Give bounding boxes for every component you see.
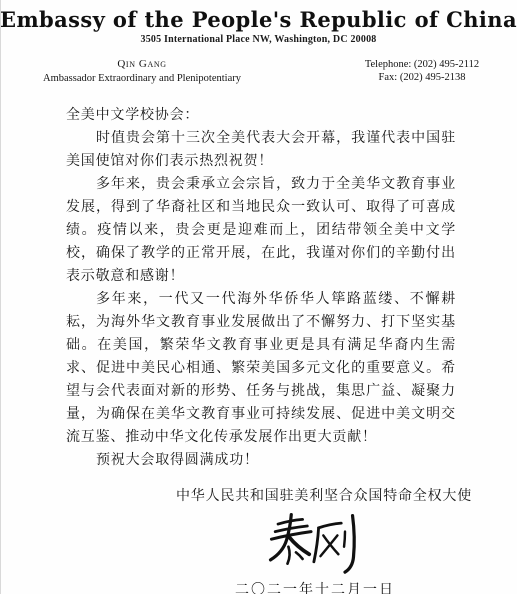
letter-page: Embassy of the People's Republic of Chin… <box>0 0 517 594</box>
signature-image <box>262 509 362 575</box>
paragraph: 多年来，贵会秉承立会宗旨，致力于全美华文教育事业发展，得到了华裔社区和当地民众一… <box>66 173 456 288</box>
letter-body: 全美中文学校协会： 时值贵会第十三次全美代表大会开幕，我谨代表中国驻美国使馆对你… <box>66 104 456 594</box>
telephone-line: Telephone: (202) 495-2112 <box>337 58 507 71</box>
letterhead-info-row: Qin Gang Ambassador Extraordinary and Pl… <box>0 58 517 85</box>
paragraph: 时值贵会第十三次全美代表大会开幕，我谨代表中国驻美国使馆对你们表示热烈祝贺！ <box>66 127 456 173</box>
paragraph: 多年来，一代又一代海外华侨华人筚路蓝缕、不懈耕耘，为海外华文教育事业发展做出了不… <box>66 288 456 449</box>
letter-date: 二〇二一年十二月一日 <box>120 579 510 594</box>
officer-name: Qin Gang <box>16 58 268 71</box>
paragraph: 预祝大会取得圆满成功！ <box>66 449 456 472</box>
contact-block: Telephone: (202) 495-2112 Fax: (202) 495… <box>337 58 507 84</box>
embassy-title: Embassy of the People's Republic of Chin… <box>0 6 517 33</box>
closing-title: 中华人民共和国驻美利坚合众国特命全权大使 <box>66 485 472 508</box>
officer-block: Qin Gang Ambassador Extraordinary and Pl… <box>16 58 268 85</box>
fax-line: Fax: (202) 495-2138 <box>337 71 507 84</box>
letterhead: Embassy of the People's Republic of Chin… <box>0 0 517 45</box>
signature-qin-gang <box>262 509 362 575</box>
officer-title: Ambassador Extraordinary and Plenipotent… <box>16 72 268 85</box>
salutation: 全美中文学校协会： <box>66 104 456 127</box>
embassy-address: 3505 International Place NW, Washington,… <box>0 34 517 45</box>
